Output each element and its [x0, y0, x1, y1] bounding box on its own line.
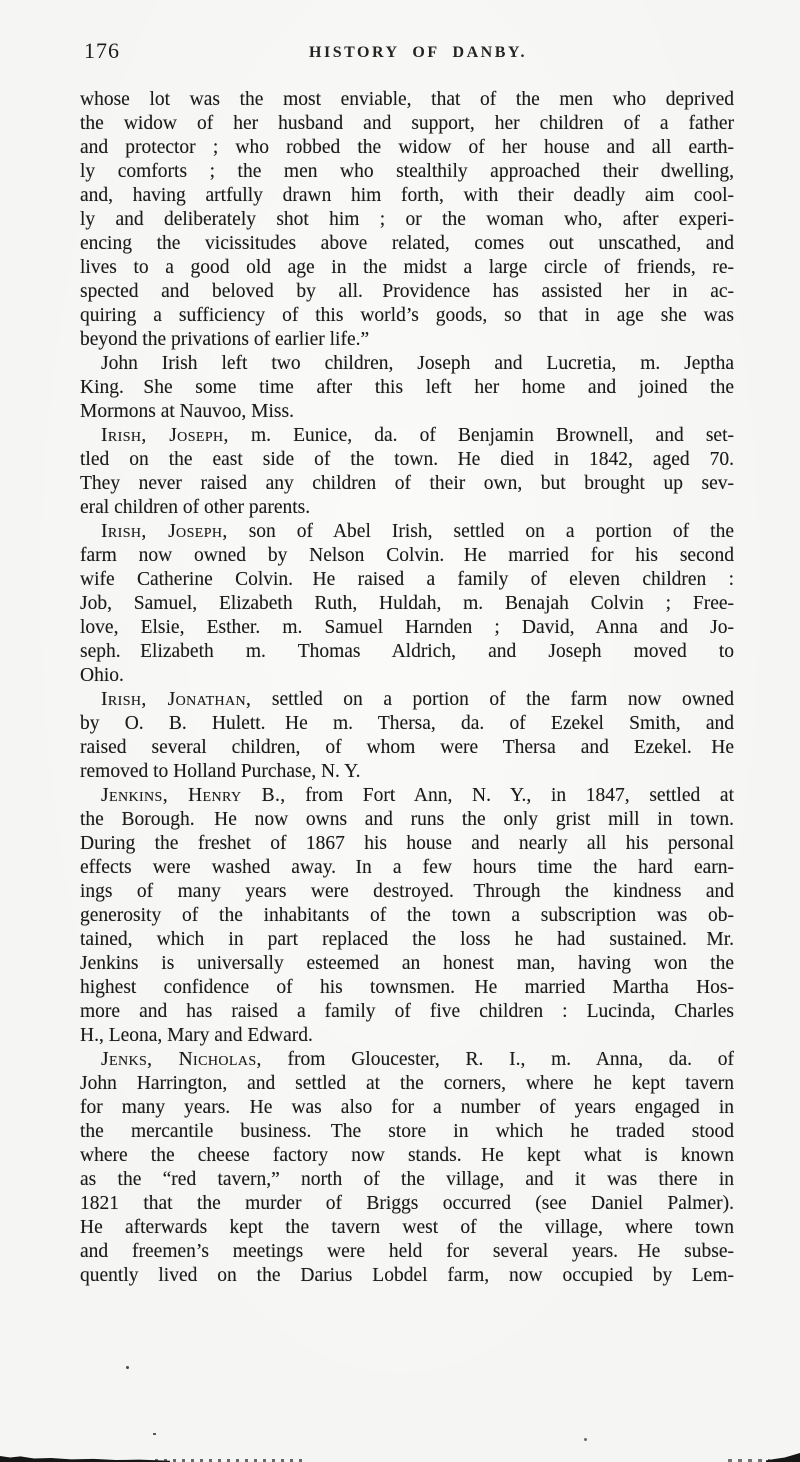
text-line: spected and beloved by all. Providence h…	[80, 280, 734, 304]
text-line: wife Catherine Colvin. He raised a famil…	[80, 568, 734, 592]
text-line: Jenkins, Henry B., from Fort Ann, N. Y.,…	[80, 784, 734, 808]
text-line: generosity of the inhabitants of the tow…	[80, 904, 734, 928]
text-line: Mormons at Nauvoo, Miss.	[80, 400, 734, 424]
text-line: quiring a sufficiency of this world’s go…	[80, 304, 734, 328]
text-line: lives to a good old age in the midst a l…	[80, 256, 734, 280]
text-line: ings of many years were destroyed. Throu…	[80, 880, 734, 904]
text-line: ly comforts ; the men who stealthily app…	[80, 160, 734, 184]
text-line: During the freshet of 1867 his house and…	[80, 832, 734, 856]
surname-smallcaps: Irish, Joseph,	[101, 425, 229, 446]
text-line: tled on the east side of the town. He di…	[80, 448, 734, 472]
text-line: Irish, Jonathan, settled on a portion of…	[80, 688, 734, 712]
text-line: H., Leona, Mary and Edward.	[80, 1024, 734, 1048]
text-line: and freemen’s meetings were held for sev…	[80, 1240, 734, 1264]
surname-smallcaps: Irish, Joseph,	[101, 521, 228, 542]
text-line: removed to Holland Purchase, N. Y.	[80, 760, 734, 784]
text-line: eral children of other parents.	[80, 496, 734, 520]
surname-smallcaps: Jenks, Nicholas,	[101, 1049, 262, 1070]
text-line: Ohio.	[80, 664, 734, 688]
text-line: King. She some time after this left her …	[80, 376, 734, 400]
text-line: highest confidence of his townsmen. He m…	[80, 976, 734, 1000]
text-line: where the cheese factory now stands. He …	[80, 1144, 734, 1168]
surname-smallcaps: Irish, Jonathan,	[101, 689, 251, 710]
text-line: seph. Elizabeth m. Thomas Aldrich, and J…	[80, 640, 734, 664]
text-line: Jenkins is universally esteemed an hones…	[80, 952, 734, 976]
text-line: the Borough. He now owns and runs the on…	[80, 808, 734, 832]
text-line: more and has raised a family of five chi…	[80, 1000, 734, 1024]
text-line: ly and deliberately shot him ; or the wo…	[80, 208, 734, 232]
text-line: by O. B. Hulett. He m. Thersa, da. of Ez…	[80, 712, 734, 736]
text-block: whose lot was the most enviable, that of…	[80, 88, 734, 1288]
text-line: the widow of her husband and support, he…	[80, 112, 734, 136]
text-line: Irish, Joseph, son of Abel Irish, settle…	[80, 520, 734, 544]
text-line: for many years. He was also for a number…	[80, 1096, 734, 1120]
text-line: Job, Samuel, Elizabeth Ruth, Huldah, m. …	[80, 592, 734, 616]
text-line: farm now owned by Nelson Colvin. He marr…	[80, 544, 734, 568]
text-line: quently lived on the Darius Lobdel farm,…	[80, 1264, 734, 1288]
scan-speck	[153, 1433, 156, 1435]
text-line: John Harrington, and settled at the corn…	[80, 1072, 734, 1096]
scan-edge-artifact	[766, 1453, 800, 1462]
text-line: 1821 that the murder of Briggs occurred …	[80, 1192, 734, 1216]
text-line: as the “red tavern,” north of the villag…	[80, 1168, 734, 1192]
surname-smallcaps: Jenkins, Henry B.,	[101, 785, 286, 806]
text-line: beyond the privations of earlier life.”	[80, 328, 734, 352]
text-line: encing the vicissitudes above related, c…	[80, 232, 734, 256]
text-line: They never raised any children of their …	[80, 472, 734, 496]
text-line: effects were washed away. In a few hours…	[80, 856, 734, 880]
text-line: tained, which in part replaced the loss …	[80, 928, 734, 952]
scan-speck	[584, 1438, 587, 1441]
text-line: and protector ; who robbed the widow of …	[80, 136, 734, 160]
scan-edge-artifact	[0, 1455, 170, 1462]
text-line: love, Elsie, Esther. m. Samuel Harnden ;…	[80, 616, 734, 640]
text-line: Jenks, Nicholas, from Gloucester, R. I.,…	[80, 1048, 734, 1072]
text-line: Irish, Joseph, m. Eunice, da. of Benjami…	[80, 424, 734, 448]
text-line: raised several children, of whom were Th…	[80, 736, 734, 760]
scan-speck	[126, 1366, 129, 1369]
book-page-scan: 176 HISTORY OF DANBY. whose lot was the …	[0, 0, 800, 1462]
text-line: He afterwards kept the tavern west of th…	[80, 1216, 734, 1240]
text-line: and, having artfully drawn him forth, wi…	[80, 184, 734, 208]
text-line: the mercantile business. The store in wh…	[80, 1120, 734, 1144]
text-line: whose lot was the most enviable, that of…	[80, 88, 734, 112]
running-title: HISTORY OF DANBY.	[0, 44, 800, 62]
text-line: John Irish left two children, Joseph and…	[80, 352, 734, 376]
